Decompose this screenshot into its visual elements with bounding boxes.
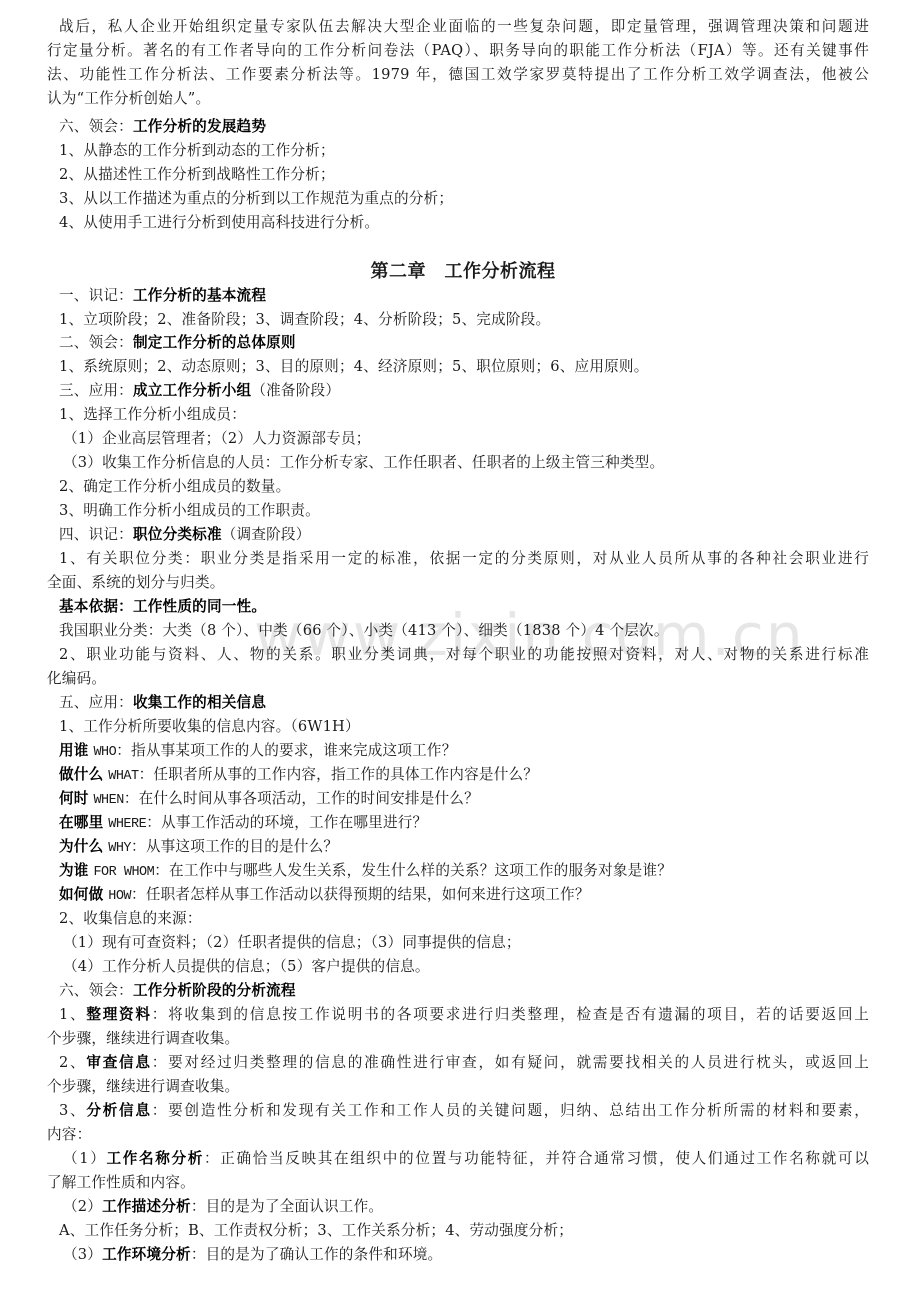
w-text: ：在什么时间从事各项活动，工作的时间安排是什么？ — [124, 790, 479, 807]
list-item: （1）企业高层管理者；（2）人力资源部专员； — [63, 427, 885, 451]
section-prefix: 四、识记： — [59, 526, 133, 543]
section-heading-6: 六、领会：工作分析阶段的分析流程 — [59, 979, 869, 1003]
w-item-where: 在哪里 WHERE：从事工作活动的环境，工作在哪里进行？ — [59, 811, 869, 835]
step-1-cont: 个步骤，继续进行调查收集。 — [47, 1027, 869, 1051]
w-item-how: 如何做 HOW：任职者怎样从事工作活动以获得预期的结果，如何来进行这项工作？ — [59, 883, 869, 907]
w-label: 在哪里 — [59, 814, 103, 831]
step-label: 整理资料 — [86, 1006, 151, 1023]
section-suffix: （准备阶段） — [251, 382, 340, 399]
w-en: FOR WHOM — [93, 865, 154, 880]
list-item: 2、收集信息的来源： — [59, 907, 869, 931]
step-label: 分析信息 — [86, 1102, 151, 1119]
w-label: 如何做 — [59, 886, 103, 903]
w-label: 用谁 — [59, 742, 89, 759]
analysis-1-cont: 了解工作性质和内容。 — [47, 1171, 869, 1195]
analysis-num: （2） — [63, 1198, 102, 1215]
section-prefix: 六、领会： — [59, 118, 133, 135]
section-heading-2: 二、领会：制定工作分析的总体原则 — [59, 331, 869, 355]
section-heading-3: 三、应用：成立工作分析小组（准备阶段） — [59, 379, 869, 403]
basis-line: 基本依据：工作性质的同一性。 — [59, 595, 869, 619]
section-body: 1、立项阶段；2、准备阶段；3、调查阶段；4、分析阶段；5、完成阶段。 — [59, 308, 869, 332]
w-text: ：在工作中与哪些人发生关系，发生什么样的关系？这项工作的服务对象是谁？ — [154, 862, 672, 879]
intro-line-1: 战后，私人企业开始组织定量专家队伍去解决大型企业面临的一些复杂问题，即定量管理，… — [59, 15, 869, 39]
list-item: 3、从以工作描述为重点的分析到以工作规范为重点的分析； — [59, 187, 869, 211]
w-en: WHEN — [93, 793, 123, 808]
section-prefix: 六、领会： — [59, 982, 133, 999]
section-prefix: 二、领会： — [59, 334, 133, 351]
section-title: 工作分析的发展趋势 — [133, 118, 266, 135]
list-item: 1、从静态的工作分析到动态的工作分析； — [59, 139, 869, 163]
national-classification: 我国职业分类：大类（8 个）、中类（66 个）、小类（413 个）、细类（183… — [59, 619, 869, 643]
w-label: 何时 — [59, 790, 89, 807]
intro-line-2: 行定量分析。著名的有工作者导向的工作分析问卷法（PAQ）、职务导向的职能工作分析… — [47, 39, 869, 63]
w-en: WHO — [93, 745, 116, 760]
section-prefix: 三、应用： — [59, 382, 133, 399]
analysis-num: （1） — [63, 1150, 106, 1167]
w-en: WHAT — [108, 769, 138, 784]
step-3-cont: 内容： — [47, 1123, 869, 1147]
intro-line-3: 法、功能性工作分析法、工作要素分析法等。1979 年，德国工效学家罗莫特提出了工… — [47, 63, 869, 87]
list-item: 4、从使用手工进行分析到使用高科技进行分析。 — [59, 211, 869, 235]
analysis-num: （3） — [63, 1246, 102, 1263]
section-title: 收集工作的相关信息 — [133, 694, 266, 711]
section-title: 工作分析的基本流程 — [133, 287, 266, 304]
w-text: ：从事工作活动的环境，工作在哪里进行？ — [146, 814, 427, 831]
step-num: 2、 — [59, 1054, 86, 1071]
step-num: 1、 — [59, 1006, 86, 1023]
analysis-label: 工作描述分析 — [102, 1198, 191, 1215]
section-title: 制定工作分析的总体原则 — [133, 334, 296, 351]
w-text: ：任职者所从事的工作内容，指工作的具体工作内容是什么？ — [139, 766, 538, 783]
list-item: 2、确定工作分析小组成员的数量。 — [59, 475, 869, 499]
section-heading-4: 四、识记：职位分类标准（调查阶段） — [59, 523, 869, 547]
list-item: （3）收集工作分析信息的人员：工作分析专家、工作任职者、任职者的上级主管三种类型… — [63, 451, 885, 475]
step-2: 2、审查信息：要对经过归类整理的信息的准确性进行审查，如有疑问，就需要找相关的人… — [59, 1051, 869, 1075]
w-label: 为什么 — [59, 838, 103, 855]
step-2-cont: 个步骤，继续进行调查收集。 — [47, 1075, 869, 1099]
w-text: ：指从事某项工作的人的要求，谁来完成这项工作？ — [116, 742, 456, 759]
section-title: 工作分析阶段的分析流程 — [133, 982, 296, 999]
list-item: 2、从描述性工作分析到战略性工作分析； — [59, 163, 869, 187]
section-prefix: 五、应用： — [59, 694, 133, 711]
analysis-2: （2）工作描述分析：目的是为了全面认识工作。 — [63, 1195, 885, 1219]
list-item: 1、选择工作分析小组成员： — [59, 403, 869, 427]
intro-line-4: 认为“工作分析创始人”。 — [47, 87, 869, 111]
paragraph-line: 1、有关职位分类：职业分类是指采用一定的标准，依据一定的分类原则，对从业人员所从… — [59, 547, 869, 571]
w-label: 为谁 — [59, 862, 89, 879]
w-item-why: 为什么 WHY：从事这项工作的目的是什么？ — [59, 835, 869, 859]
paragraph-line: 2、职业功能与资料、人、物的关系。职业分类词典，对每个职业的功能按照对资料，对人… — [59, 643, 869, 667]
paragraph-line: 全面、系统的划分与归类。 — [47, 571, 869, 595]
w-item-who: 用谁 WHO：指从事某项工作的人的要求，谁来完成这项工作？ — [59, 739, 869, 763]
section-heading-5: 五、应用：收集工作的相关信息 — [59, 691, 869, 715]
analysis-text: ：目的是为了确认工作的条件和环境。 — [191, 1246, 443, 1263]
section-heading-trends: 六、领会：工作分析的发展趋势 — [59, 115, 869, 139]
section-title: 职位分类标准 — [133, 526, 222, 543]
step-num: 3、 — [59, 1102, 86, 1119]
desc-items: A、工作任务分析；B、工作责权分析；3、工作关系分析；4、劳动强度分析； — [59, 1219, 869, 1243]
w-label: 做什么 — [59, 766, 103, 783]
w-text: ：任职者怎样从事工作活动以获得预期的结果，如何来进行这项工作？ — [131, 886, 590, 903]
list-item: 3、明确工作分析小组成员的工作职责。 — [59, 499, 869, 523]
analysis-text: ：目的是为了全面认识工作。 — [191, 1198, 383, 1215]
w-item-for-whom: 为谁 FOR WHOM：在工作中与哪些人发生关系，发生什么样的关系？这项工作的服… — [59, 859, 869, 883]
step-3: 3、分析信息：要创造性分析和发现有关工作和工作人员的关键问题，归纳、总结出工作分… — [59, 1099, 869, 1123]
w-en: WHY — [108, 841, 131, 856]
analysis-label: 工作名称分析 — [106, 1150, 204, 1167]
list-item: （4）工作分析人员提供的信息；（5）客户提供的信息。 — [63, 955, 885, 979]
w-en: HOW — [108, 889, 131, 904]
document-page: www.zixin.com.cn 战后，私人企业开始组织定量专家队伍去解决大型企… — [0, 0, 920, 1302]
step-text: ：要创造性分析和发现有关工作和工作人员的关键问题，归纳、总结出工作分析所需的材料… — [152, 1102, 869, 1119]
step-1: 1、整理资料：将收集到的信息按工作说明书的各项要求进行归类整理，检查是否有遗漏的… — [59, 1003, 869, 1027]
step-text: ：要对经过归类整理的信息的准确性进行审查，如有疑问，就需要找相关的人员进行枕头，… — [152, 1054, 869, 1071]
section-heading-1: 一、识记：工作分析的基本流程 — [59, 284, 869, 308]
analysis-label: 工作环境分析 — [102, 1246, 191, 1263]
w-text: ：从事这项工作的目的是什么？ — [131, 838, 338, 855]
section-suffix: （调查阶段） — [222, 526, 311, 543]
chapter-title: 第二章 工作分析流程 — [0, 259, 920, 285]
section-title: 成立工作分析小组 — [133, 382, 251, 399]
step-text: ：将收集到的信息按工作说明书的各项要求进行归类整理，检查是否有遗漏的项目，若的话… — [152, 1006, 869, 1023]
analysis-1: （1）工作名称分析：正确恰当反映其在组织中的位置与功能特征，并符合通常习惯，使人… — [63, 1147, 869, 1171]
paragraph-line: 化编码。 — [47, 667, 869, 691]
w-item-when: 何时 WHEN：在什么时间从事各项活动，工作的时间安排是什么？ — [59, 787, 869, 811]
list-item: （1）现有可查资料；（2）任职者提供的信息；（3）同事提供的信息； — [63, 931, 885, 955]
analysis-3: （3）工作环境分析：目的是为了确认工作的条件和环境。 — [63, 1243, 885, 1267]
section-body: 1、系统原则；2、动态原则；3、目的原则；4、经济原则；5、职位原则；6、应用原… — [59, 355, 869, 379]
step-label: 审查信息 — [86, 1054, 151, 1071]
list-item: 1、工作分析所要收集的信息内容。（6W1H） — [59, 715, 869, 739]
w-en: WHERE — [108, 817, 146, 832]
analysis-text: ：正确恰当反映其在组织中的位置与功能特征，并符合通常习惯，使人们通过工作名称就可… — [204, 1150, 869, 1167]
section-prefix: 一、识记： — [59, 287, 133, 304]
w-item-what: 做什么 WHAT：任职者所从事的工作内容，指工作的具体工作内容是什么？ — [59, 763, 869, 787]
